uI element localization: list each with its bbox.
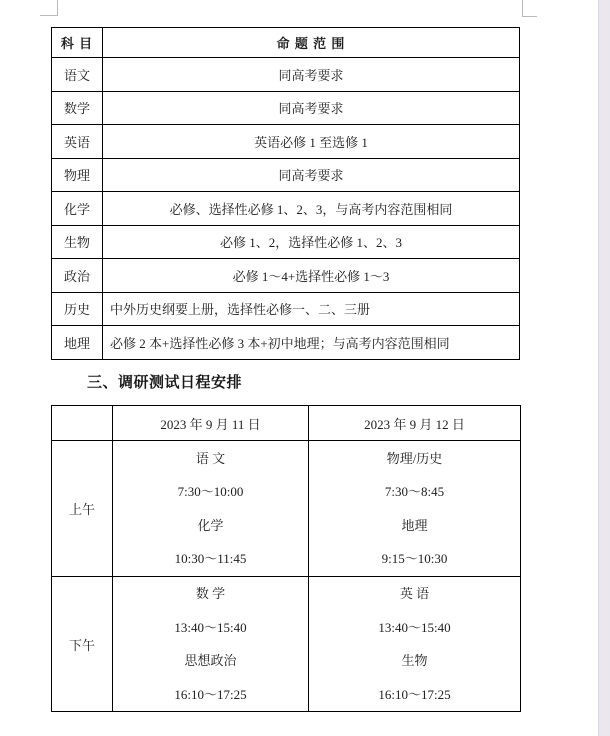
- exam-time: 10:30～11:45: [113, 542, 308, 576]
- subject-cell: 物理: [52, 158, 103, 192]
- text-boundary-mark-top-right-vertical: [522, 0, 523, 16]
- subject-cell: 地理: [52, 326, 103, 360]
- scope-cell: 必修、选择性必修 1、2、3，与高考内容范围相同: [103, 192, 520, 226]
- exam-subject: 地理: [309, 509, 520, 543]
- subject-cell: 历史: [52, 292, 103, 326]
- exam-subject: 思想政治: [113, 644, 308, 678]
- day2-afternoon-cell: 英 语 13:40～15:40 生物 16:10～17:25: [309, 577, 521, 712]
- morning-row: 上午 语 文 7:30～10:00 化学 10:30～11:45 物理/历史 7…: [52, 441, 521, 577]
- text-boundary-mark-top-right-horizontal: [522, 16, 537, 17]
- table-row: 数学 同高考要求: [52, 91, 520, 125]
- empty-corner-cell: [52, 406, 113, 441]
- afternoon-row: 下午 数 学 13:40～15:40 思想政治 16:10～17:25 英 语 …: [52, 577, 521, 712]
- schedule-header-row: 2023 年 9 月 11 日 2023 年 9 月 12 日: [52, 406, 521, 441]
- exam-subject: 生物: [309, 644, 520, 678]
- table-header-row: 科 目 命 题 范 围: [52, 28, 520, 58]
- day1-morning-cell: 语 文 7:30～10:00 化学 10:30～11:45: [113, 441, 309, 577]
- text-boundary-mark-top-left-horizontal: [40, 15, 58, 16]
- scope-cell: 英语必修 1 至选修 1: [103, 125, 520, 159]
- table-row: 历史 中外历史纲要上册，选择性必修一、二、三册: [52, 292, 520, 326]
- table-row: 生物 必修 1、2，选择性必修 1、2、3: [52, 225, 520, 259]
- period-cell-afternoon: 下午: [52, 577, 113, 712]
- exam-time: 16:10～17:25: [309, 678, 520, 712]
- scope-column-header: 命 题 范 围: [103, 28, 520, 58]
- exam-subject: 化学: [113, 509, 308, 543]
- subject-cell: 英语: [52, 125, 103, 159]
- date-header-day2: 2023 年 9 月 12 日: [309, 406, 521, 441]
- subject-column-header: 科 目: [52, 28, 103, 58]
- scope-cell: 必修 2 本+选择性必修 3 本+初中地理；与高考内容范围相同: [103, 326, 520, 360]
- subject-cell: 生物: [52, 225, 103, 259]
- period-cell-morning: 上午: [52, 441, 113, 577]
- exam-subject: 数 学: [113, 577, 308, 611]
- section-title: 三、调研测试日程安排: [87, 371, 242, 392]
- date-header-day1: 2023 年 9 月 11 日: [113, 406, 309, 441]
- subject-cell: 化学: [52, 192, 103, 226]
- exam-time: 7:30～10:00: [113, 475, 308, 509]
- scope-cell: 必修 1～4+选择性必修 1～3: [103, 259, 520, 293]
- table-row: 物理 同高考要求: [52, 158, 520, 192]
- exam-subject: 语 文: [113, 442, 308, 476]
- exam-time: 13:40～15:40: [113, 611, 308, 645]
- subject-scope-table: 科 目 命 题 范 围 语文 同高考要求 数学 同高考要求 英语 英语必修 1 …: [51, 27, 520, 360]
- page-outside-area: [598, 0, 610, 736]
- table-row: 地理 必修 2 本+选择性必修 3 本+初中地理；与高考内容范围相同: [52, 326, 520, 360]
- table-row: 政治 必修 1～4+选择性必修 1～3: [52, 259, 520, 293]
- day1-afternoon-cell: 数 学 13:40～15:40 思想政治 16:10～17:25: [113, 577, 309, 712]
- scope-cell: 中外历史纲要上册，选择性必修一、二、三册: [103, 292, 520, 326]
- day2-morning-cell: 物理/历史 7:30～8:45 地理 9:15～10:30: [309, 441, 521, 577]
- subject-cell: 政治: [52, 259, 103, 293]
- subject-cell: 数学: [52, 91, 103, 125]
- scope-cell: 同高考要求: [103, 158, 520, 192]
- scope-cell: 同高考要求: [103, 58, 520, 92]
- table-row: 化学 必修、选择性必修 1、2、3，与高考内容范围相同: [52, 192, 520, 226]
- exam-time: 13:40～15:40: [309, 611, 520, 645]
- scope-cell: 必修 1、2，选择性必修 1、2、3: [103, 225, 520, 259]
- exam-subject: 物理/历史: [309, 442, 520, 476]
- exam-time: 7:30～8:45: [309, 475, 520, 509]
- schedule-table: 2023 年 9 月 11 日 2023 年 9 月 12 日 上午 语 文 7…: [51, 405, 521, 712]
- exam-time: 9:15～10:30: [309, 542, 520, 576]
- exam-time: 16:10～17:25: [113, 678, 308, 712]
- table-row: 语文 同高考要求: [52, 58, 520, 92]
- subject-cell: 语文: [52, 58, 103, 92]
- document-page: 科 目 命 题 范 围 语文 同高考要求 数学 同高考要求 英语 英语必修 1 …: [0, 0, 610, 736]
- table-row: 英语 英语必修 1 至选修 1: [52, 125, 520, 159]
- exam-subject: 英 语: [309, 577, 520, 611]
- text-boundary-mark-top-left-vertical: [57, 0, 58, 15]
- scope-cell: 同高考要求: [103, 91, 520, 125]
